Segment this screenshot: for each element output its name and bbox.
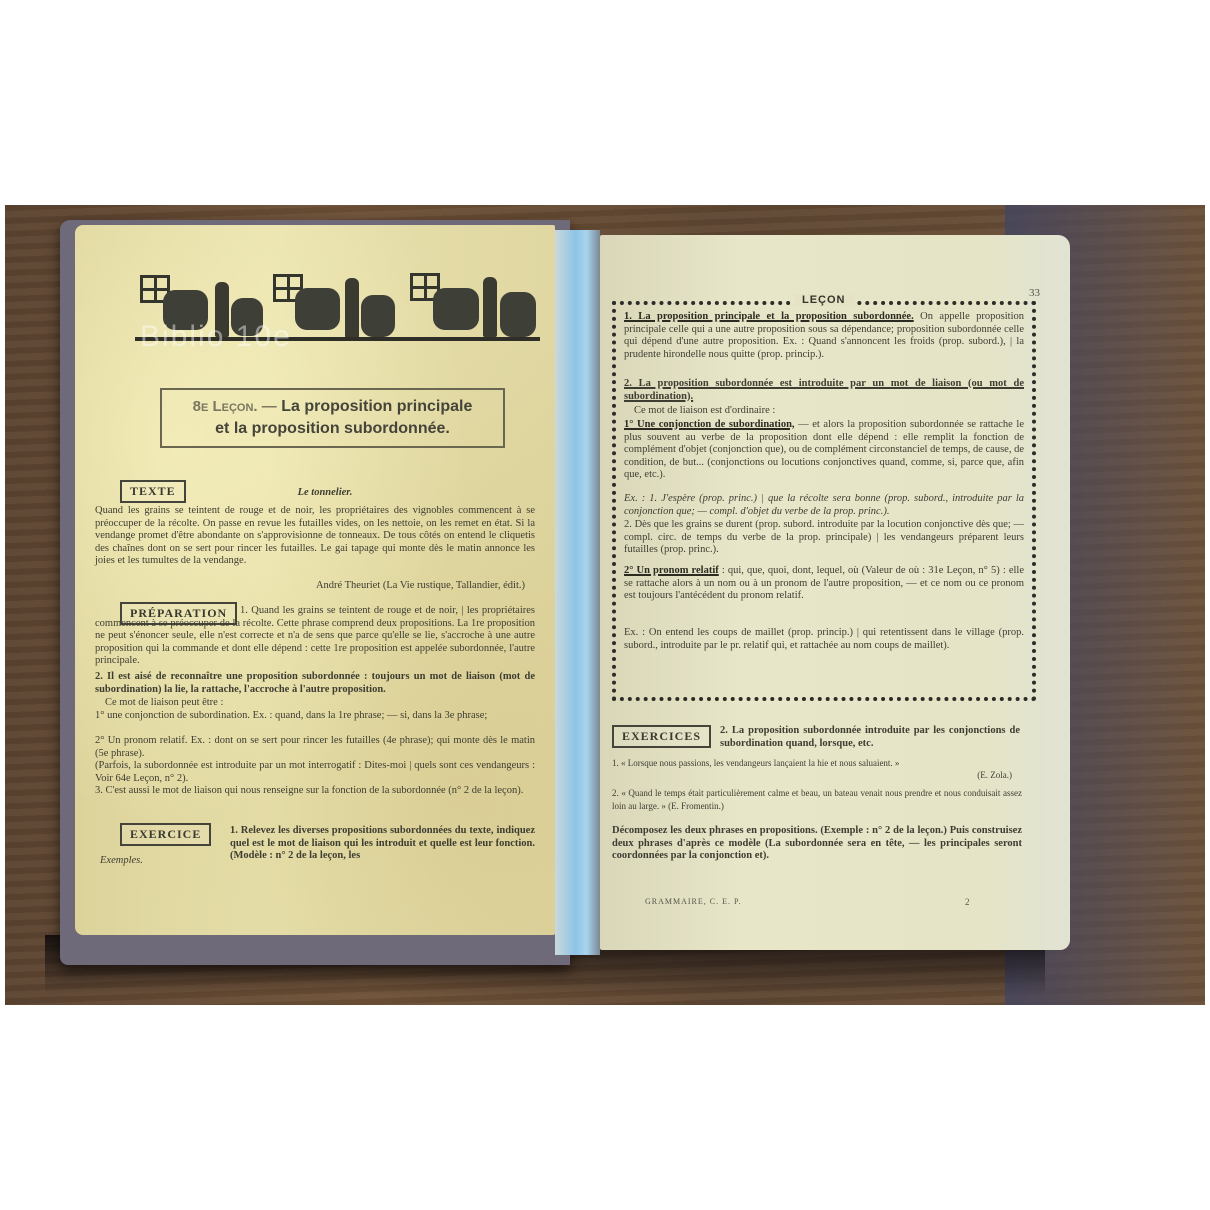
right-page: 33 LEÇON 1. La proposition principale et… <box>600 235 1070 950</box>
exercice-label: EXERCICE <box>120 823 211 846</box>
footer-left: GRAMMAIRE, C. E. P. <box>645 897 742 906</box>
exercices-instructions: Décomposez les deux phrases en propositi… <box>612 825 1022 863</box>
preparation-p6: (Parfois, la subordonnée est introduite … <box>95 760 535 785</box>
lecon-label: LEÇON <box>794 294 854 306</box>
exercices-intro: 2. La proposition subordonnée introduite… <box>720 725 1020 750</box>
lesson-title-box: 8e Leçon. — La proposition principale et… <box>160 388 505 448</box>
lecon-p4-title: 1° Une conjonction de subordination, <box>624 419 795 430</box>
lesson-title-line1: La proposition principale <box>281 398 472 415</box>
texte-body: Quand les grains se teintent de rouge et… <box>95 505 535 568</box>
footer-right: 2 <box>965 897 970 907</box>
lesson-number: 8e Leçon. — <box>193 398 277 415</box>
book-photo: Biblio 10e 8e Leçon. — La proposition pr… <box>5 205 1205 1005</box>
preparation-p4: 1° une conjonction de subordination. Ex.… <box>95 710 535 723</box>
page-number: 33 <box>1029 287 1040 299</box>
exercices-sentence-2: 2. « Quand le temps était particulièreme… <box>612 787 1022 812</box>
exercices-sentence-1-author: (E. Zola.) <box>612 769 1012 782</box>
preparation-p5: 2° Un pronom relatif. Ex. : dont on se s… <box>95 735 535 760</box>
lecon-p1-title: 1. La proposition principale et la propo… <box>624 311 914 322</box>
lecon-p2-title: 2. La proposition subordonnée est introd… <box>624 378 1024 403</box>
lecon-p5-title: 2° Un pronom relatif <box>624 565 719 576</box>
preparation-p3: Ce mot de liaison peut être : <box>105 697 535 710</box>
exercice-body: 1. Relevez les diverses propositions sub… <box>230 825 535 863</box>
book-spine <box>555 230 600 955</box>
preparation-p2: 2. Il est aisé de reconnaître une propos… <box>95 671 535 696</box>
exercice-margin-note: Exemples. <box>100 855 200 868</box>
barrel-icon <box>433 288 479 330</box>
exercices-label: EXERCICES <box>612 725 711 748</box>
watermark: Biblio 10e <box>140 320 292 354</box>
texte-heading: Le tonnelier. <box>225 487 425 500</box>
worker-icon <box>483 277 497 337</box>
preparation-p1: 1. Quand les grains se teintent de rouge… <box>95 605 535 668</box>
lecon-ex2: 2. Dès que les grains se durent (prop. s… <box>624 519 1024 557</box>
open-book: Biblio 10e 8e Leçon. — La proposition pr… <box>60 220 1080 965</box>
barrel-icon <box>295 288 340 330</box>
barrel-icon <box>500 292 536 337</box>
preparation-p7: 3. C'est aussi le mot de liaison qui nou… <box>95 785 535 798</box>
lecon-ex3: Ex. : On entend les coups de maillet (pr… <box>624 627 1024 652</box>
lesson-title-line2: et la proposition subordonnée. <box>162 418 503 440</box>
lecon-ex1: Ex. : 1. J'espère (prop. princ.) | que l… <box>624 493 1024 518</box>
exercices-sentence-1: 1. « Lorsque nous passions, les vendange… <box>612 757 1022 770</box>
texte-label: TEXTE <box>120 480 186 503</box>
lecon-box: LEÇON 1. La proposition principale et la… <box>612 301 1036 701</box>
worker-icon <box>345 278 359 338</box>
lecon-p3: Ce mot de liaison est d'ordinaire : <box>634 405 1024 418</box>
left-page: Biblio 10e 8e Leçon. — La proposition pr… <box>75 225 555 935</box>
barrel-icon <box>361 295 395 337</box>
texte-attribution: André Theuriet (La Vie rustique, Talland… <box>195 580 525 593</box>
